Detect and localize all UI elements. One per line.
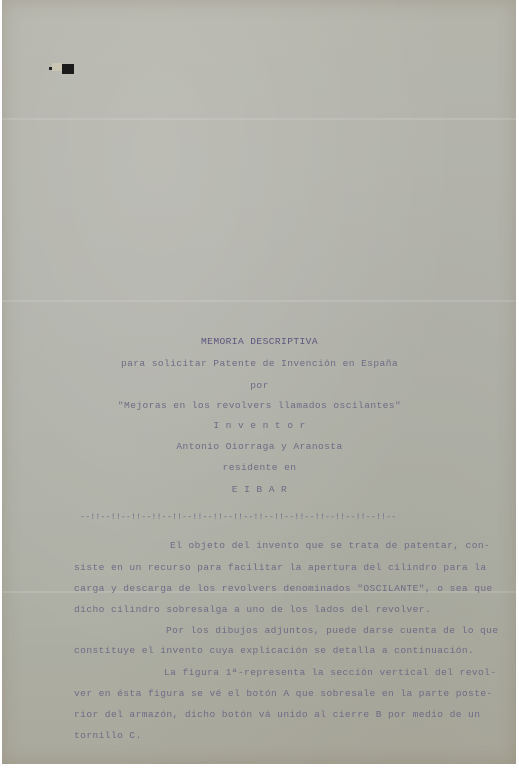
by-label: por bbox=[0, 380, 519, 391]
paper-fold bbox=[2, 118, 516, 120]
paragraph-1-line-4: dicho cilindro sobresalga a uno de los l… bbox=[74, 604, 431, 615]
invention-name: "Mejoras en los revolvers llamados oscil… bbox=[0, 400, 519, 411]
paragraph-1-line-2: siste en un recurso para facilitar la ap… bbox=[74, 562, 487, 573]
paragraph-3-line-4: tornillo C. bbox=[74, 730, 142, 741]
torn-paper-mark bbox=[52, 63, 62, 71]
document-title: MEMORIA DESCRIPTIVA bbox=[0, 336, 519, 347]
paragraph-2-line-1: Por los dibujos adjuntos, puede darse cu… bbox=[166, 625, 499, 636]
paragraph-2-line-2: constituye el invento cuya explicación s… bbox=[74, 645, 474, 656]
inventor-label: I n v e n t o r bbox=[0, 420, 519, 431]
ink-spot bbox=[49, 67, 52, 70]
punch-hole bbox=[62, 64, 74, 74]
inventor-name: Antonio Oiorraga y Aranosta bbox=[0, 441, 519, 452]
paragraph-3-line-2: ver en ésta figura se vé el botón A que … bbox=[74, 688, 493, 699]
paragraph-3-line-3: rior del armazón, dicho botón vá unido a… bbox=[74, 709, 480, 720]
paper-fold bbox=[2, 300, 516, 302]
city: E I B A R bbox=[0, 484, 519, 495]
separator-line: --!!--!!--!!--!!--!!--!!--!!--!!--!!--!!… bbox=[80, 512, 396, 522]
paragraph-1-line-3: carga y descarga de los revolvers denomi… bbox=[74, 583, 493, 594]
paragraph-3-line-1: La figura 1ª-representa la sección verti… bbox=[164, 667, 497, 678]
residence-label: residente en bbox=[0, 462, 519, 473]
paragraph-1-line-1: El objeto del invento que se trata de pa… bbox=[170, 540, 490, 551]
document-subtitle: para solicitar Patente de Invención en E… bbox=[0, 358, 519, 369]
